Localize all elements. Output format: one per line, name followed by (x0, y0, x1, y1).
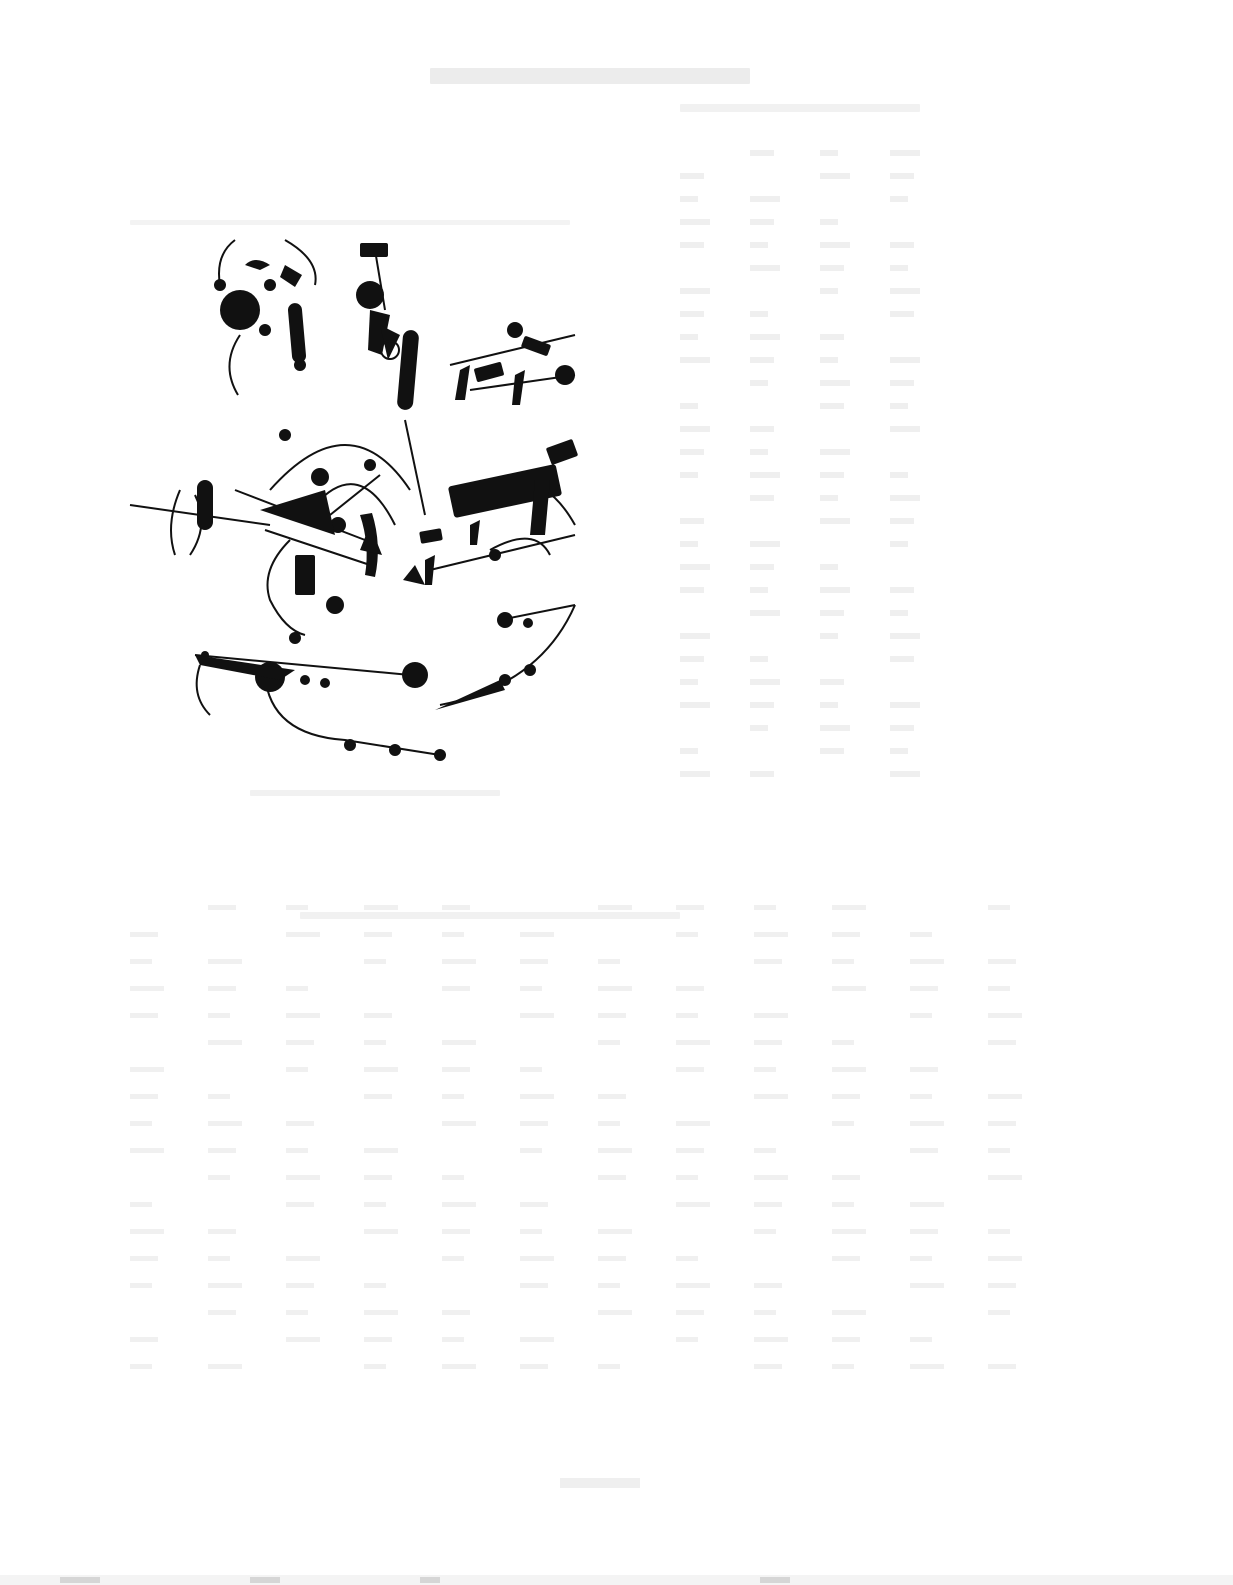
table-cell (832, 1202, 854, 1207)
table-cell (442, 1121, 476, 1126)
table-cell (750, 610, 780, 616)
table-cell (520, 1364, 548, 1369)
table-cell (750, 242, 768, 248)
table-row (130, 959, 1080, 965)
table-cell (750, 311, 768, 317)
table-cell (680, 426, 710, 432)
table-cell (364, 1229, 398, 1234)
table-cell (364, 1283, 386, 1288)
table-cell (286, 1121, 314, 1126)
table-cell (520, 986, 542, 991)
table-cell (680, 449, 704, 455)
table-cell (286, 1283, 314, 1288)
table-cell (754, 1040, 782, 1045)
table-cell (820, 518, 850, 524)
table-cell (676, 1337, 698, 1342)
table-cell (988, 1094, 1022, 1099)
table-cell (890, 587, 914, 593)
table-cell (130, 932, 158, 937)
figure-caption (250, 790, 500, 796)
table-cell (130, 1202, 152, 1207)
table-cell (820, 449, 850, 455)
table-row (130, 1040, 1080, 1046)
table-cell (520, 1148, 542, 1153)
table-cell (598, 959, 620, 964)
table-cell (820, 495, 838, 501)
table-row (680, 150, 980, 156)
table-row (130, 1202, 1080, 1208)
table-cell (520, 1094, 554, 1099)
table-cell (890, 311, 914, 317)
table-cell (832, 1121, 854, 1126)
table-cell (820, 725, 850, 731)
table-cell (680, 173, 704, 179)
table-cell (676, 986, 704, 991)
table-row (680, 656, 980, 662)
table-row (680, 564, 980, 570)
table-cell (286, 1310, 308, 1315)
table-cell (442, 1094, 464, 1099)
table-cell (598, 1283, 620, 1288)
table-cell (598, 1256, 626, 1261)
table-cell (890, 518, 914, 524)
bottom-table (130, 905, 1080, 1395)
table-cell (910, 959, 944, 964)
table-cell (680, 771, 710, 777)
table-cell (598, 905, 632, 910)
table-cell (208, 1364, 242, 1369)
table-cell (820, 173, 850, 179)
table-cell (676, 1256, 698, 1261)
table-cell (286, 1067, 308, 1072)
table-cell (598, 986, 632, 991)
table-cell (750, 380, 768, 386)
table-cell (680, 656, 704, 662)
table-cell (890, 472, 908, 478)
table-cell (910, 1283, 944, 1288)
table-cell (364, 959, 386, 964)
table-cell (520, 1283, 548, 1288)
table-cell (750, 357, 774, 363)
table-cell (832, 1310, 866, 1315)
table-cell (208, 1040, 242, 1045)
table-cell (750, 541, 780, 547)
table-cell (130, 1094, 158, 1099)
table-cell (676, 1175, 698, 1180)
table-cell (820, 587, 850, 593)
table-row (680, 725, 980, 731)
table-cell (832, 932, 860, 937)
table-cell (890, 196, 908, 202)
table-cell (364, 932, 392, 937)
table-cell (988, 986, 1010, 991)
table-cell (750, 265, 780, 271)
table-cell (832, 959, 854, 964)
table-cell (832, 1067, 866, 1072)
table-row (680, 541, 980, 547)
table-cell (364, 1040, 386, 1045)
table-cell (598, 1040, 620, 1045)
page-title (430, 68, 750, 84)
table-row (130, 1283, 1080, 1289)
table-cell (820, 150, 838, 156)
table-cell (820, 288, 838, 294)
table-cell (520, 1229, 542, 1234)
table-row (130, 1229, 1080, 1235)
table-cell (910, 1094, 932, 1099)
table-cell (442, 1202, 476, 1207)
table-cell (890, 242, 914, 248)
table-cell (754, 1337, 788, 1342)
table-cell (832, 1094, 860, 1099)
table-cell (750, 495, 774, 501)
table-cell (988, 1013, 1022, 1018)
table-cell (208, 1229, 236, 1234)
table-row (680, 288, 980, 294)
table-cell (680, 334, 698, 340)
table-cell (890, 541, 908, 547)
table-cell (680, 403, 698, 409)
table-row (680, 311, 980, 317)
table-cell (832, 1256, 860, 1261)
table-cell (750, 219, 774, 225)
table-row (680, 587, 980, 593)
table-cell (910, 1013, 932, 1018)
table-cell (820, 633, 838, 639)
table-cell (820, 265, 844, 271)
table-cell (208, 1148, 236, 1153)
table-cell (676, 1283, 710, 1288)
table-row (680, 702, 980, 708)
table-cell (208, 1256, 230, 1261)
table-cell (520, 1013, 554, 1018)
table-cell (208, 1013, 230, 1018)
table-row (680, 679, 980, 685)
table-cell (750, 449, 768, 455)
table-cell (820, 748, 844, 754)
table-cell (832, 1364, 854, 1369)
table-cell (286, 905, 308, 910)
table-cell (890, 633, 920, 639)
table-cell (208, 1094, 230, 1099)
table-cell (832, 986, 866, 991)
table-cell (676, 1013, 698, 1018)
side-table (680, 150, 980, 810)
table-cell (890, 702, 920, 708)
table-row (680, 426, 980, 432)
table-cell (910, 1067, 938, 1072)
table-cell (820, 403, 844, 409)
table-cell (598, 1094, 626, 1099)
table-cell (680, 357, 710, 363)
table-cell (890, 495, 920, 501)
table-cell (820, 357, 838, 363)
table-cell (520, 1256, 554, 1261)
table-cell (130, 1229, 164, 1234)
table-cell (820, 564, 838, 570)
table-cell (988, 905, 1010, 910)
table-row (130, 932, 1080, 938)
table-cell (832, 905, 866, 910)
table-cell (598, 1148, 632, 1153)
table-cell (754, 1094, 788, 1099)
table-cell (820, 219, 838, 225)
table-cell (910, 1256, 932, 1261)
table-cell (820, 334, 844, 340)
table-cell (442, 1040, 476, 1045)
table-row (130, 1013, 1080, 1019)
table-cell (208, 1175, 230, 1180)
table-cell (754, 905, 776, 910)
table-row (680, 173, 980, 179)
table-cell (130, 986, 164, 991)
table-cell (910, 1337, 932, 1342)
table-cell (130, 1121, 152, 1126)
table-cell (442, 1067, 470, 1072)
table-row (130, 1067, 1080, 1073)
table-cell (364, 1310, 398, 1315)
table-row (130, 1364, 1080, 1370)
table-cell (680, 242, 704, 248)
table-cell (988, 1283, 1016, 1288)
table-cell (988, 1040, 1016, 1045)
table-cell (754, 959, 782, 964)
table-cell (754, 932, 788, 937)
table-cell (754, 1364, 782, 1369)
table-cell (442, 1364, 476, 1369)
table-cell (890, 173, 914, 179)
table-cell (364, 1148, 398, 1153)
table-cell (750, 587, 768, 593)
table-cell (754, 1067, 776, 1072)
table-cell (364, 1067, 398, 1072)
table-cell (890, 150, 920, 156)
table-cell (208, 1310, 236, 1315)
table-cell (520, 1121, 548, 1126)
table-cell (208, 986, 236, 991)
table-cell (286, 1202, 314, 1207)
table-row (130, 905, 1080, 911)
table-cell (988, 959, 1016, 964)
table-cell (680, 196, 698, 202)
table-cell (208, 1121, 242, 1126)
table-row (680, 265, 980, 271)
scan-edge (0, 1575, 1233, 1585)
table-cell (750, 656, 768, 662)
table-cell (520, 1067, 542, 1072)
table-cell (754, 1202, 782, 1207)
table-row (680, 242, 980, 248)
table-cell (890, 288, 920, 294)
table-cell (820, 702, 838, 708)
table-cell (988, 1229, 1010, 1234)
table-cell (286, 1013, 320, 1018)
table-cell (890, 656, 914, 662)
table-cell (676, 1121, 710, 1126)
table-row (680, 380, 980, 386)
table-cell (680, 219, 710, 225)
table-cell (820, 242, 850, 248)
table-cell (910, 1229, 938, 1234)
table-cell (286, 1040, 314, 1045)
table-cell (130, 1013, 158, 1018)
table-cell (750, 196, 780, 202)
table-cell (680, 541, 698, 547)
table-cell (750, 472, 780, 478)
table-cell (680, 748, 698, 754)
table-cell (820, 610, 844, 616)
table-cell (520, 959, 548, 964)
table-cell (832, 1040, 854, 1045)
abstract-figure (120, 225, 590, 770)
table-cell (442, 959, 476, 964)
table-cell (832, 1175, 860, 1180)
table-cell (442, 932, 464, 937)
table-cell (680, 518, 704, 524)
table-cell (890, 426, 920, 432)
table-cell (286, 1337, 320, 1342)
table-cell (750, 771, 774, 777)
table-cell (130, 1364, 152, 1369)
table-cell (598, 1364, 620, 1369)
table-cell (988, 1310, 1010, 1315)
table-row (130, 986, 1080, 992)
table-row (680, 771, 980, 777)
table-row (130, 1256, 1080, 1262)
table-cell (598, 1175, 626, 1180)
table-cell (130, 1283, 152, 1288)
table-cell (890, 610, 908, 616)
table-cell (598, 1013, 626, 1018)
table-cell (910, 1148, 938, 1153)
table-row (680, 219, 980, 225)
table-cell (750, 725, 768, 731)
table-cell (286, 932, 320, 937)
table-row (130, 1337, 1080, 1343)
table-cell (364, 905, 398, 910)
table-cell (442, 1175, 464, 1180)
table-cell (680, 702, 710, 708)
table-row (680, 449, 980, 455)
table-row (680, 495, 980, 501)
table-cell (598, 1229, 632, 1234)
table-cell (820, 679, 844, 685)
table-cell (676, 905, 704, 910)
table-cell (208, 905, 236, 910)
table-cell (442, 1256, 464, 1261)
table-cell (754, 1283, 782, 1288)
table-cell (598, 1310, 632, 1315)
table-cell (988, 1148, 1010, 1153)
table-cell (988, 1256, 1022, 1261)
table-cell (130, 1256, 158, 1261)
table-row (680, 403, 980, 409)
table-cell (680, 472, 698, 478)
table-cell (754, 1310, 776, 1315)
table-cell (890, 725, 914, 731)
table-cell (286, 1256, 320, 1261)
table-cell (988, 1121, 1016, 1126)
table-cell (750, 679, 780, 685)
table-cell (890, 748, 908, 754)
table-cell (890, 403, 908, 409)
table-cell (286, 986, 308, 991)
table-row (680, 472, 980, 478)
table-cell (676, 1040, 710, 1045)
table-cell (676, 1310, 704, 1315)
table-cell (130, 1067, 164, 1072)
table-cell (680, 288, 710, 294)
table-cell (364, 1175, 392, 1180)
table-cell (750, 334, 780, 340)
table-cell (676, 1148, 704, 1153)
table-row (680, 334, 980, 340)
table-cell (820, 380, 850, 386)
table-row (130, 1148, 1080, 1154)
table-cell (442, 986, 470, 991)
table-cell (130, 1337, 158, 1342)
table-cell (750, 702, 774, 708)
table-cell (286, 1148, 308, 1153)
page-subtitle (680, 104, 920, 112)
table-cell (364, 1094, 392, 1099)
table-cell (754, 1175, 788, 1180)
table-cell (676, 932, 698, 937)
table-row (130, 1094, 1080, 1100)
table-row (680, 518, 980, 524)
table-cell (890, 357, 920, 363)
table-cell (442, 1229, 470, 1234)
table-row (130, 1175, 1080, 1181)
table-cell (910, 1121, 944, 1126)
table-row (130, 1121, 1080, 1127)
table-cell (520, 932, 554, 937)
table-row (680, 196, 980, 202)
table-row (680, 748, 980, 754)
table-cell (832, 1337, 860, 1342)
table-cell (750, 426, 774, 432)
table-cell (680, 564, 710, 570)
table-cell (208, 959, 242, 964)
table-cell (754, 1229, 776, 1234)
table-cell (364, 1364, 386, 1369)
table-cell (442, 1310, 470, 1315)
table-cell (910, 1202, 944, 1207)
table-cell (520, 1337, 554, 1342)
table-cell (910, 1364, 944, 1369)
table-cell (750, 150, 774, 156)
table-cell (520, 1202, 548, 1207)
table-cell (680, 587, 704, 593)
table-cell (890, 771, 920, 777)
table-cell (130, 1148, 164, 1153)
table-cell (208, 1283, 242, 1288)
table-cell (598, 1121, 620, 1126)
table-cell (442, 905, 470, 910)
table-cell (832, 1229, 866, 1234)
table-cell (910, 932, 932, 937)
table-row (680, 357, 980, 363)
table-cell (890, 265, 908, 271)
table-cell (364, 1013, 392, 1018)
table-row (680, 633, 980, 639)
table-row (130, 1310, 1080, 1316)
table-cell (680, 633, 710, 639)
table-cell (680, 679, 698, 685)
table-cell (680, 311, 704, 317)
table-cell (890, 380, 914, 386)
table-row (680, 610, 980, 616)
